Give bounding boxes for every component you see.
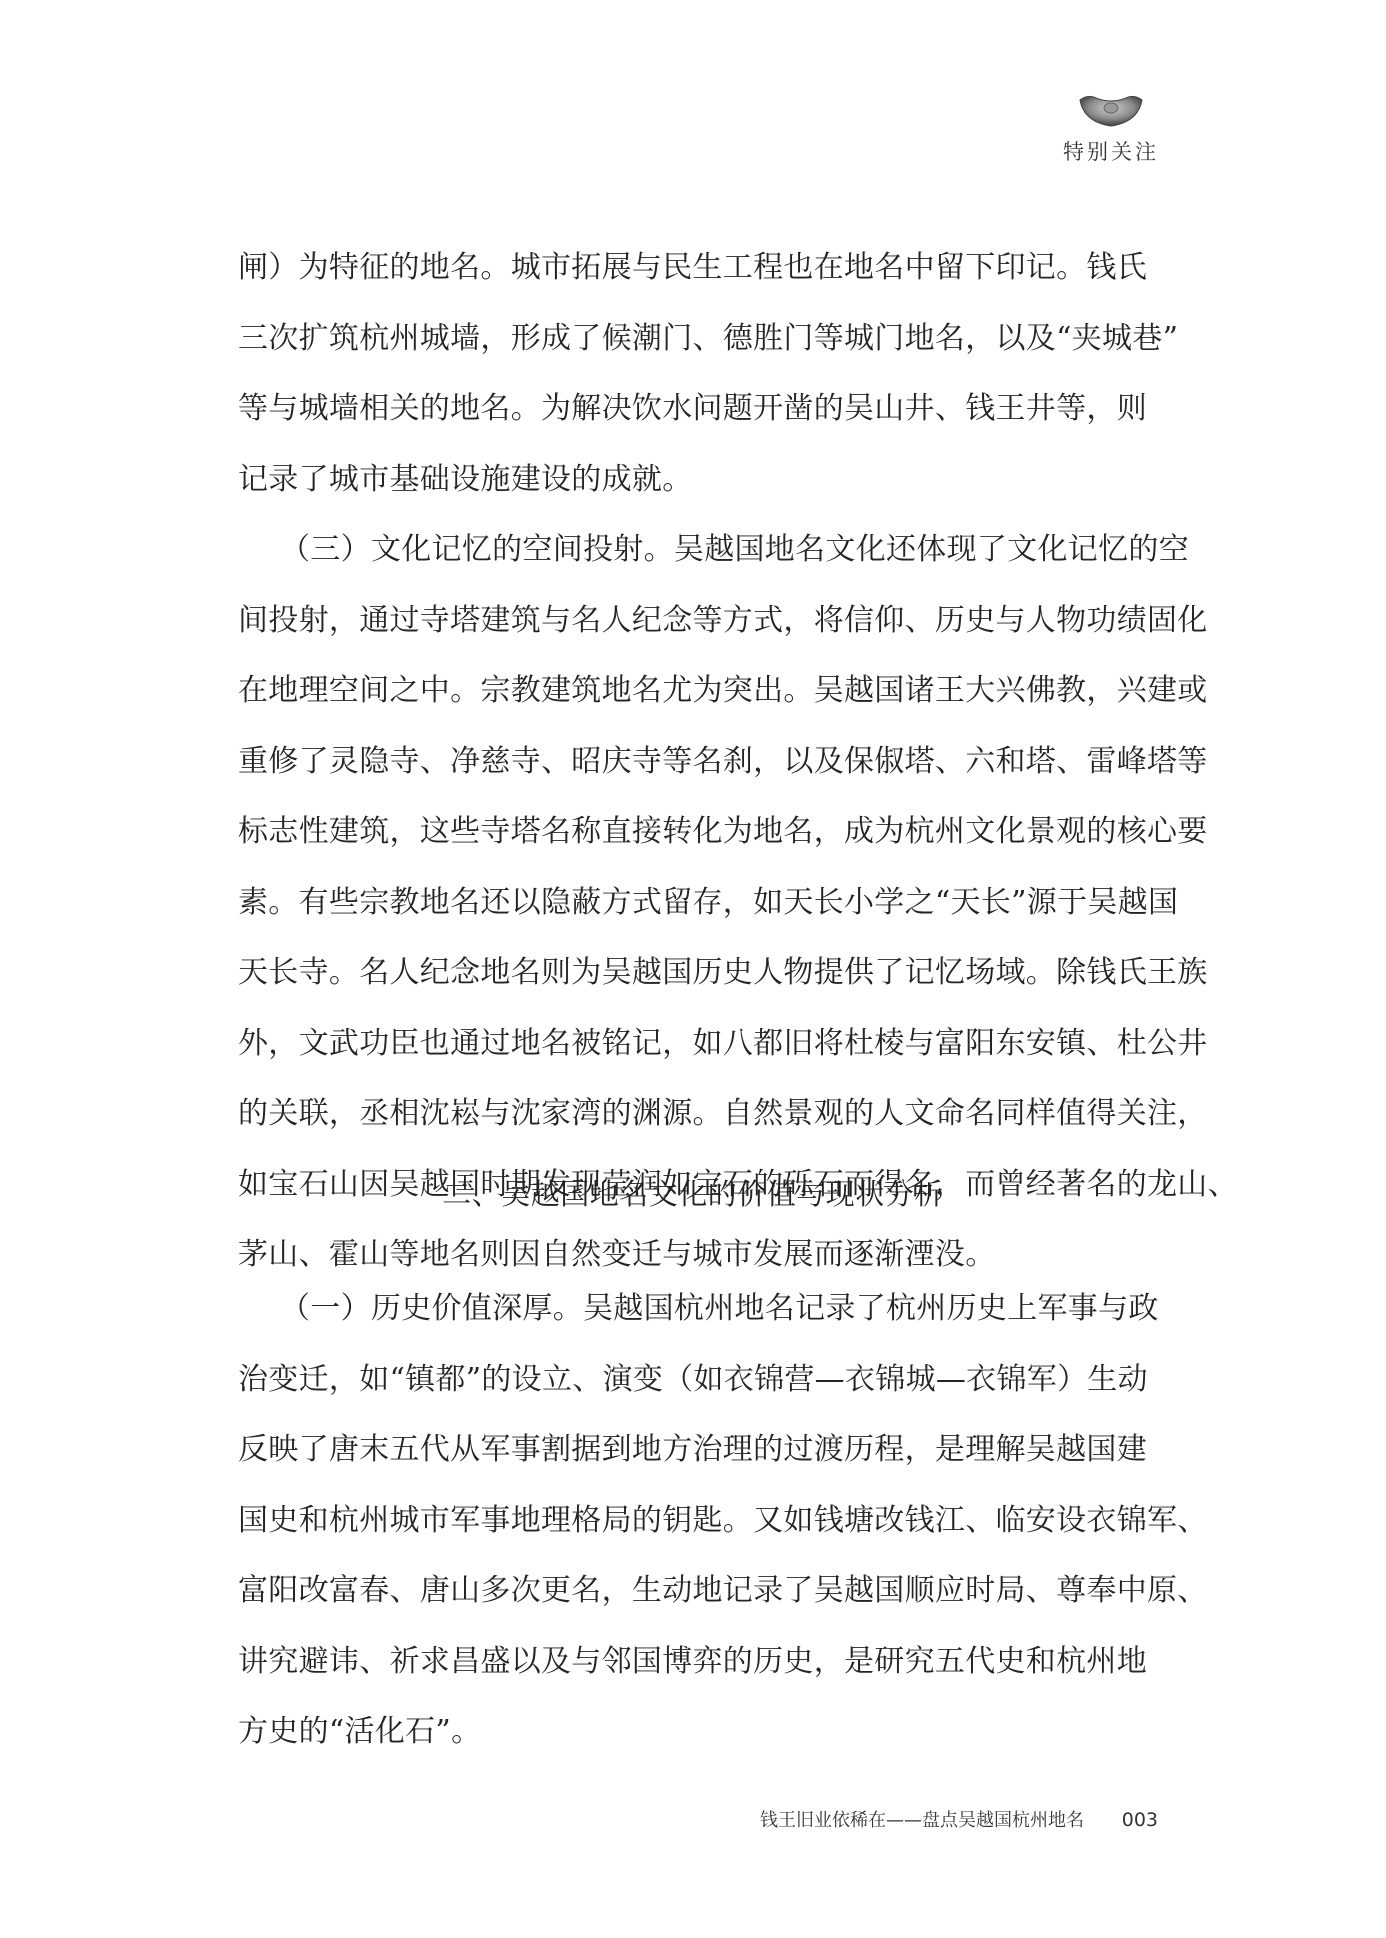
text-line: 反映了唐末五代从军事割据到地方治理的过渡历程，是理解吴越国建 <box>238 1426 1168 1474</box>
text-line: 茅山、霍山等地名则因自然变迁与城市发展而逐渐湮没。 <box>238 1231 1168 1279</box>
silver-ingot-icon <box>1078 92 1144 128</box>
section-tag: 特别关注 <box>1056 136 1166 166</box>
text-line: 外，文武功臣也通过地名被铭记，如八都旧将杜棱与富阳东安镇、杜公井 <box>238 1020 1168 1068</box>
text-line: 的关联，丞相沈崧与沈家湾的渊源。自然景观的人文命名同样值得关注， <box>238 1090 1168 1138</box>
text-line: 讲究避讳、祈求昌盛以及与邻国博弈的历史，是研究五代史和杭州地 <box>238 1638 1168 1686</box>
running-title: 钱王旧业依稀在——盘点吴越国杭州地名 <box>760 1810 1084 1831</box>
body-text-bottom: （一）历史价值深厚。吴越国杭州地名记录了杭州历史上军事与政 治变迁，如“镇都”的… <box>238 1285 1168 1779</box>
text-line: 重修了灵隐寺、净慈寺、昭庆寺等名刹，以及保俶塔、六和塔、雷峰塔等 <box>238 738 1168 786</box>
text-line: 在地理空间之中。宗教建筑地名尤为突出。吴越国诸王大兴佛教，兴建或 <box>238 667 1168 715</box>
page-header: 特别关注 <box>1056 92 1166 166</box>
page-footer: 钱王旧业依稀在——盘点吴越国杭州地名 003 <box>760 1806 1158 1832</box>
text-line: （三）文化记忆的空间投射。吴越国地名文化还体现了文化记忆的空 <box>238 526 1168 574</box>
text-line: 标志性建筑，这些寺塔名称直接转化为地名，成为杭州文化景观的核心要 <box>238 808 1168 856</box>
section-heading: 二、吴越国地名文化的价值与现状分析 <box>0 1172 1386 1213</box>
text-line: 国史和杭州城市军事地理格局的钥匙。又如钱塘改钱江、临安设衣锦军、 <box>238 1497 1168 1545</box>
page-number: 003 <box>1122 1809 1158 1831</box>
text-line: 天长寺。名人纪念地名则为吴越国历史人物提供了记忆场域。除钱氏王族 <box>238 949 1168 997</box>
text-line: （一）历史价值深厚。吴越国杭州地名记录了杭州历史上军事与政 <box>238 1285 1168 1333</box>
text-line: 等与城墙相关的地名。为解决饮水问题开凿的吴山井、钱王井等，则 <box>238 385 1168 433</box>
text-line: 三次扩筑杭州城墙，形成了候潮门、德胜门等城门地名，以及“夹城巷” <box>238 315 1168 363</box>
text-line: 记录了城市基础设施建设的成就。 <box>238 456 1168 504</box>
text-line: 间投射，通过寺塔建筑与名人纪念等方式，将信仰、历史与人物功绩固化 <box>238 597 1168 645</box>
text-line: 治变迁，如“镇都”的设立、演变（如衣锦营—衣锦城—衣锦军）生动 <box>238 1356 1168 1404</box>
text-line: 方史的“活化石”。 <box>238 1708 1168 1756</box>
text-line: 富阳改富春、唐山多次更名，生动地记录了吴越国顺应时局、尊奉中原、 <box>238 1567 1168 1615</box>
text-line: 素。有些宗教地名还以隐蔽方式留存，如天长小学之“天长”源于吴越国 <box>238 879 1168 927</box>
text-line: 闸）为特征的地名。城市拓展与民生工程也在地名中留下印记。钱氏 <box>238 244 1168 292</box>
body-text-top: 闸）为特征的地名。城市拓展与民生工程也在地名中留下印记。钱氏 三次扩筑杭州城墙，… <box>238 244 1168 1302</box>
